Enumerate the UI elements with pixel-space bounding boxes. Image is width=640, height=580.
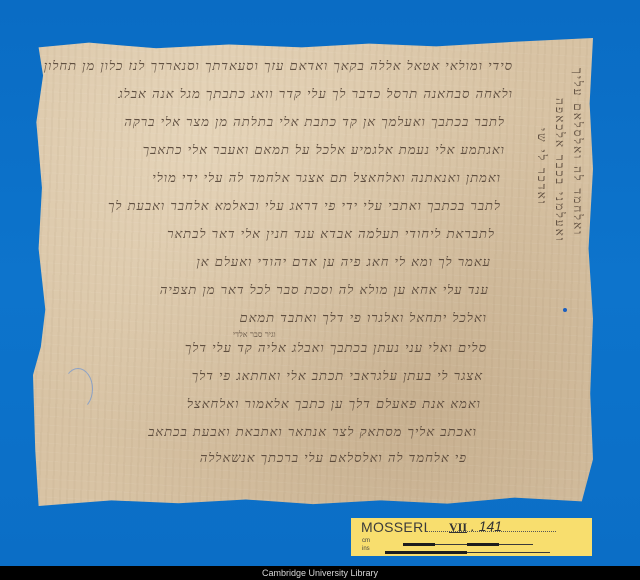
text-line: ענד עלי אחא ען מולא לה וסכת סבר לכל דאר … — [37, 284, 489, 298]
text-line: ואלכל יתחאל ואלגרו פי דלך ואתבד תמאם — [37, 312, 487, 326]
footer-credit: Cambridge University Library — [0, 566, 640, 580]
shelfmark-label: MOSSERI VII . 141 cm ins — [351, 518, 592, 556]
shelfmark-number: VII . 141 — [449, 518, 502, 535]
blue-pencil-mark — [63, 368, 93, 410]
margin-text: ואדכר לי שי — [534, 128, 549, 388]
text-line: לתבר בכתבך ואתבי עלי ידי פי דראג עלי ובא… — [37, 200, 501, 214]
margin-text: ואעלמני בכבר אלכאפה — [552, 98, 567, 428]
collection-name: MOSSERI — [361, 519, 428, 535]
text-line: סידי ומולאי אטאל אללה בקאך ואדאם עזך וסע… — [43, 60, 513, 74]
ink-dot — [563, 308, 567, 312]
text-line: ואכתב אליך מסתאק לצר אנתאר ואתבאת ואבעת … — [37, 426, 477, 440]
text-line: ואמתן ואנאתנה ואלחאצל תם אצגר אלחמד לה ע… — [43, 172, 501, 186]
item-number: 141 — [479, 518, 502, 534]
text-line: אצגר לי בעתן עלגראבי תכתב אלי ואחתאג פי … — [37, 370, 483, 384]
text-line: סלים ואלי עני נעתן בכתבך ואבלג אליה קד ע… — [37, 342, 487, 356]
cm-scale-bar — [467, 543, 499, 546]
text-line: פי אלחמד לה ואלסלאם עלי ברכתך אנשאללה — [37, 452, 467, 466]
text-line: עאמר לך ומא לי חאג פיה ען אדם יהודי ואעל… — [37, 256, 491, 270]
in-scale-bar — [385, 551, 467, 554]
scale-in-label: ins — [362, 546, 370, 552]
text-line: לתבר בכתבך ואעלמך אן קד כתבת אלי בתלתה מ… — [43, 116, 505, 130]
text-line: ואמא אנת פאעלם דלך ען כתבך אלאמור ואלחאצ… — [37, 398, 481, 412]
cm-scale-bar — [403, 543, 435, 546]
volume-roman: VII — [449, 520, 467, 534]
scale-cm-label: cm — [362, 538, 370, 544]
separator: . — [471, 518, 475, 534]
interlinear-note: וגיר סבר אלדי — [233, 330, 276, 339]
margin-text: ואלחמד לה ואלסלאם עליך — [570, 68, 585, 468]
text-line: לתבראת ליחודי תעלמה אבדא ענד חנין אלי דא… — [37, 228, 495, 242]
text-line: ואגתמע אלי נעמת אלגמיע אלכל על תמאם ואעב… — [43, 144, 505, 158]
manuscript-fragment: סידי ומולאי אטאל אללה בקאך ואדאם עזך וסע… — [33, 38, 593, 506]
text-line: ולאחה סבחאנה תרסל כדבר לך עלי קדר וואג כ… — [43, 88, 513, 102]
